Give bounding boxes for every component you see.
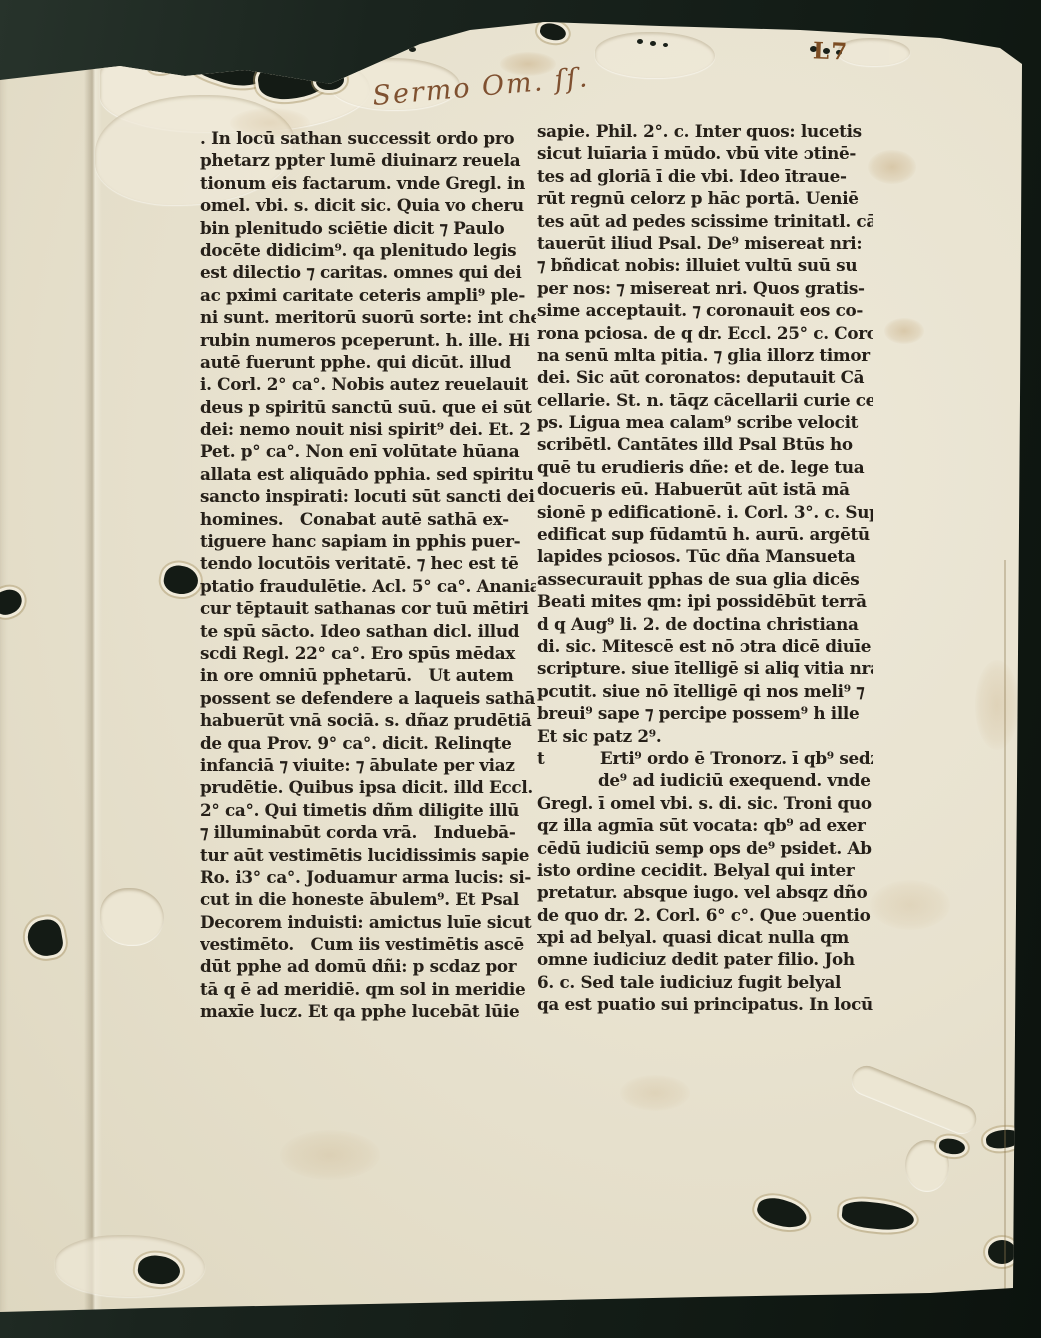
text-line: t Erti⁹ ordo ē Tronorz. ī qb⁹ sedz <box>537 747 873 769</box>
text-line: tiguere hanc sapiam in pphis puer- <box>200 530 536 552</box>
text-line: Ro. i3° ca°. Joduamur arma lucis: si- <box>200 866 536 888</box>
folio-number: L7 <box>813 37 850 65</box>
text-line: quē tu erudieris dñe: et de. lege tua <box>537 456 873 478</box>
text-line: omne iudiciuz dedit pater filio. Joh <box>537 948 873 970</box>
text-line: tes ad gloriā ī die vbi. Ideo ītraue- <box>537 165 873 187</box>
text-line: i. Corl. 2° ca°. Nobis autez reuelauit <box>200 373 536 395</box>
text-line: pcutit. siue nō ītelligē qi nos meli⁹ ⁊ <box>537 680 873 702</box>
torn-paper-patch <box>55 1235 205 1297</box>
worm-hole <box>754 1194 809 1233</box>
text-line: deus p spiritū sanctū suū. que ei sūt <box>200 396 536 418</box>
text-line: cellarie. St. n. tāqz cācellarii curie c… <box>537 389 873 411</box>
text-line: docueris eū. Habuerūt aūt istā mā <box>537 478 873 500</box>
text-line: tes aūt ad pedes scissime trinitatl. cā <box>537 210 873 232</box>
text-line: na senū mlta pitia. ⁊ glia illorz timor <box>537 344 873 366</box>
ink-speck <box>637 39 643 44</box>
ink-speck <box>650 41 656 46</box>
text-line: d q Aug⁹ li. 2. de doctina christiana <box>537 613 873 635</box>
text-column-left: . In locū sathan successit ordo propheta… <box>200 127 536 1023</box>
stain <box>975 660 1019 750</box>
text-line: tur aūt vestimētis lucidissimis sapie <box>200 844 536 866</box>
text-line: vestimēto. Cum iis vestimētis ascē <box>200 933 536 955</box>
text-line: rubin numeros pceperunt. h. ille. Hi <box>200 329 536 351</box>
ink-speck <box>409 47 416 52</box>
worm-track <box>847 1061 981 1138</box>
worm-hole <box>25 917 65 958</box>
text-line: phetarz ppter lumē diuinarz reuela <box>200 149 536 171</box>
text-line: Et sic patz 2⁹. <box>537 725 873 747</box>
worm-hole <box>538 21 567 43</box>
worm-hole <box>161 563 200 597</box>
text-line: scribētl. Cantātes illd Psal Btūs ho <box>537 433 873 455</box>
text-line: sapie. Phil. 2°. c. Inter quos: lucetis <box>537 120 873 142</box>
worm-track <box>100 888 164 946</box>
text-line: habuerūt vnā sociā. s. dñaz prudētiā <box>200 709 536 731</box>
text-line: per nos: ⁊ misereat nri. Quos gratis- <box>537 277 873 299</box>
worm-hole <box>0 586 25 618</box>
text-line: tionum eis factarum. vnde Gregl. in <box>200 172 536 194</box>
text-line: tendo locutōis veritatē. ⁊ hec est tē <box>200 552 536 574</box>
text-line: scripture. siue ītelligē si aliq vitia n… <box>537 657 873 679</box>
text-line: omel. vbi. s. dicit sic. Quia vo cheru <box>200 194 536 216</box>
text-line: ac pximi caritate ceteris ampli⁹ ple- <box>200 284 536 306</box>
fore-edge-line <box>1004 560 1006 1290</box>
ink-speck <box>370 36 380 44</box>
text-line: Decorem induisti: amictus luīe sicut <box>200 911 536 933</box>
text-line: rūt regnū celorz p hāc portā. Ueniē <box>537 187 873 209</box>
text-line: possent se defendere a laqueis sathā <box>200 687 536 709</box>
text-line: . In locū sathan successit ordo pro <box>200 127 536 149</box>
worm-hole <box>150 56 172 71</box>
text-line: tauerūt iliud Psal. De⁹ misereat nri: <box>537 232 873 254</box>
text-line: Gregl. ī omel vbi. s. di. sic. Troni quo <box>537 792 873 814</box>
text-line: sime acceptauit. ⁊ coronauit eos co- <box>537 299 873 321</box>
text-line: tā q ē ad meridiē. qm sol in meridie <box>200 978 536 1000</box>
text-line: edificat sup fūdamtū h. aurū. argētū <box>537 523 873 545</box>
worm-hole <box>841 1199 915 1232</box>
text-line: Pet. p° ca°. Non enī volūtate hūana <box>200 440 536 462</box>
stain <box>620 1075 690 1111</box>
text-line: maxīe lucz. Et qa pphe lucebāt lūie <box>200 1000 536 1022</box>
text-line: ⁊ illuminabūt corda vrā. Induebā- <box>200 821 536 843</box>
book-page: Sermo Om. ſſ. L7 . In locū sathan succes… <box>0 0 1041 1338</box>
text-line: assecurauit pphas de sua glia dicēs <box>537 568 873 590</box>
text-line: cur tēptauit sathanas cor tuū mētiri <box>200 597 536 619</box>
text-line: de⁹ ad iudiciū exequend. vnde <box>537 769 873 791</box>
stain <box>280 1130 380 1180</box>
text-line: ps. Ligua mea calam⁹ scribe velocit <box>537 411 873 433</box>
worm-hole <box>988 1240 1016 1264</box>
text-line: lapides pciosos. Tūc dña Mansueta <box>537 545 873 567</box>
stain <box>868 150 916 184</box>
text-line: in ore omniū pphetarū. Ut autem <box>200 664 536 686</box>
text-line: est dilectio ⁊ caritas. omnes qui dei <box>200 261 536 283</box>
text-line: docēte didicim⁹. qa plenitudo legis <box>200 239 536 261</box>
scanned-book-photo: Sermo Om. ſſ. L7 . In locū sathan succes… <box>0 0 1041 1338</box>
text-line: autē fuerunt pphe. qui dicūt. illud <box>200 351 536 373</box>
text-line: dei: nemo nouit nisi spirit⁹ dei. Et. 2 <box>200 418 536 440</box>
text-line: sicut luīaria ī mūdo. vbū vite ɔtinē- <box>537 142 873 164</box>
text-line: isto ordine cecidit. Belyal qui inter <box>537 859 873 881</box>
text-line: cēdū iudiciū semp ops de⁹ psidet. Ab <box>537 837 873 859</box>
text-line: allata est aliquādo pphia. sed spiritu <box>200 463 536 485</box>
ink-speck <box>388 41 399 48</box>
text-line: Beati mites qm: ipi possidēbūt terrā <box>537 590 873 612</box>
text-line: ⁊ bñdicat nobis: illuiet vultū suū su <box>537 254 873 276</box>
text-line: pretatur. absque iugo. vel absqz dño <box>537 881 873 903</box>
text-line: infanciā ⁊ viuite: ⁊ ābulate per viaz <box>200 754 536 776</box>
text-line: bin plenitudo sciētie dicit ⁊ Paulo <box>200 217 536 239</box>
text-line: xpi ad belyal. quasi dicat nulla qm <box>537 926 873 948</box>
text-line: 2° ca°. Qui timetis dñm diligite illū <box>200 799 536 821</box>
text-line: de quo dr. 2. Corl. 6° c°. Que ɔuentio <box>537 904 873 926</box>
stain <box>884 318 924 344</box>
text-line: de qua Prov. 9° ca°. dicit. Relinqte <box>200 732 536 754</box>
text-line: prudētie. Quibus ipsa dicit. illd Eccl. <box>200 776 536 798</box>
text-line: dei. Sic aūt coronatos: deputauit Cā <box>537 366 873 388</box>
text-line: cut in die honeste ābulem⁹. Et Psal <box>200 888 536 910</box>
text-line: rona pciosa. de q dr. Eccl. 25° c. Coro <box>537 322 873 344</box>
text-line: qz illa agmīa sūt vocata: qb⁹ ad exer <box>537 814 873 836</box>
stain <box>870 880 950 930</box>
text-line: sionē p edificationē. i. Corl. 3°. c. Su… <box>537 501 873 523</box>
gutter-fold <box>84 0 102 1338</box>
ink-speck <box>663 43 668 47</box>
text-line: qa est puatio sui principatus. In locū <box>537 993 873 1015</box>
text-line: ni sunt. meritorū suorū sorte: int che <box>200 306 536 328</box>
text-line: breui⁹ sape ⁊ percipe possem⁹ h ille <box>537 702 873 724</box>
text-column-right: sapie. Phil. 2°. c. Inter quos: lucetiss… <box>537 120 873 1016</box>
text-line: scdi Regl. 22° ca°. Ero spūs mēdax <box>200 642 536 664</box>
text-line: ptatio fraudulētie. Acl. 5° ca°. Anania <box>200 575 536 597</box>
text-line: di. sic. Mitescē est nō ɔtra dicē diuīe <box>537 635 873 657</box>
text-line: te spū sācto. Ideo sathan dicl. illud <box>200 620 536 642</box>
text-line: dūt pphe ad domū dñi: p scdaz por <box>200 955 536 977</box>
text-line: 6. c. Sed tale iudiciuz fugit belyal <box>537 971 873 993</box>
text-line: homines. Conabat autē sathā ex- <box>200 508 536 530</box>
text-line: sancto inspirati: locuti sūt sancti dei <box>200 485 536 507</box>
